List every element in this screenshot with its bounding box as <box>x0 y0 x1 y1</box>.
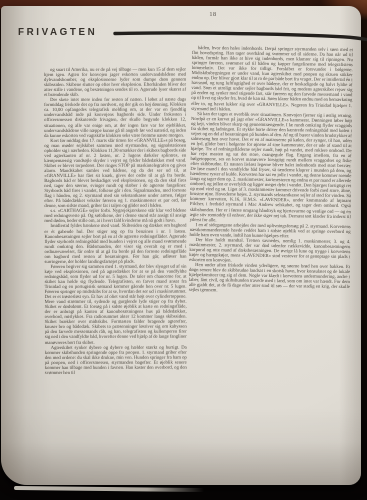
paragraph: Hen under aften friskede vinden yderlige… <box>189 263 350 295</box>
header-rule <box>113 30 367 44</box>
book-photo: 18 FRIVAGTEN og snart til Amerika, nu er… <box>0 0 367 500</box>
page-number: 18 <box>201 11 225 18</box>
paragraph: Føreren begiver sig sammen med 1. styrma… <box>45 264 187 345</box>
page-bottom-edge <box>14 486 204 492</box>
paragraph: Der skete intet mere inden for resten af… <box>44 98 186 139</box>
text-column-left: og snart til Amerika, nu er de på vej ti… <box>44 68 187 376</box>
text-column-right: båden, hvor den hales indenbords. Derpå … <box>189 46 353 295</box>
paragraph: Der blev holdt mandtal. Tretten savnedes… <box>189 238 350 265</box>
chapter-title: FRIVAGTEN <box>18 27 97 38</box>
paragraph: Så kan der tages et overblik over situat… <box>190 112 352 225</box>
paragraph: I en af sidegangene arbejdes der med opl… <box>189 223 350 240</box>
paragraph: s.s. «CARTHAGE» sejler forbi. Nygrejekjæ… <box>44 209 186 225</box>
paragraph: Agterskibet synker dybere og dybere og h… <box>45 345 187 376</box>
chapter-header: FRIVAGTEN <box>18 25 353 43</box>
paragraph: Imidlertid fyldes bænkene med vand. Skib… <box>44 224 186 265</box>
scanned-page: 18 FRIVAGTEN og snart til Amerika, nu er… <box>1 6 361 485</box>
paragraph: og snart til Amerika, nu er de på vej ti… <box>44 68 186 99</box>
paragraph: båden, hvor den hales indenbords. Derpå … <box>191 46 353 114</box>
paragraph: Kort før middag den 17. marts slår timen… <box>44 138 186 209</box>
